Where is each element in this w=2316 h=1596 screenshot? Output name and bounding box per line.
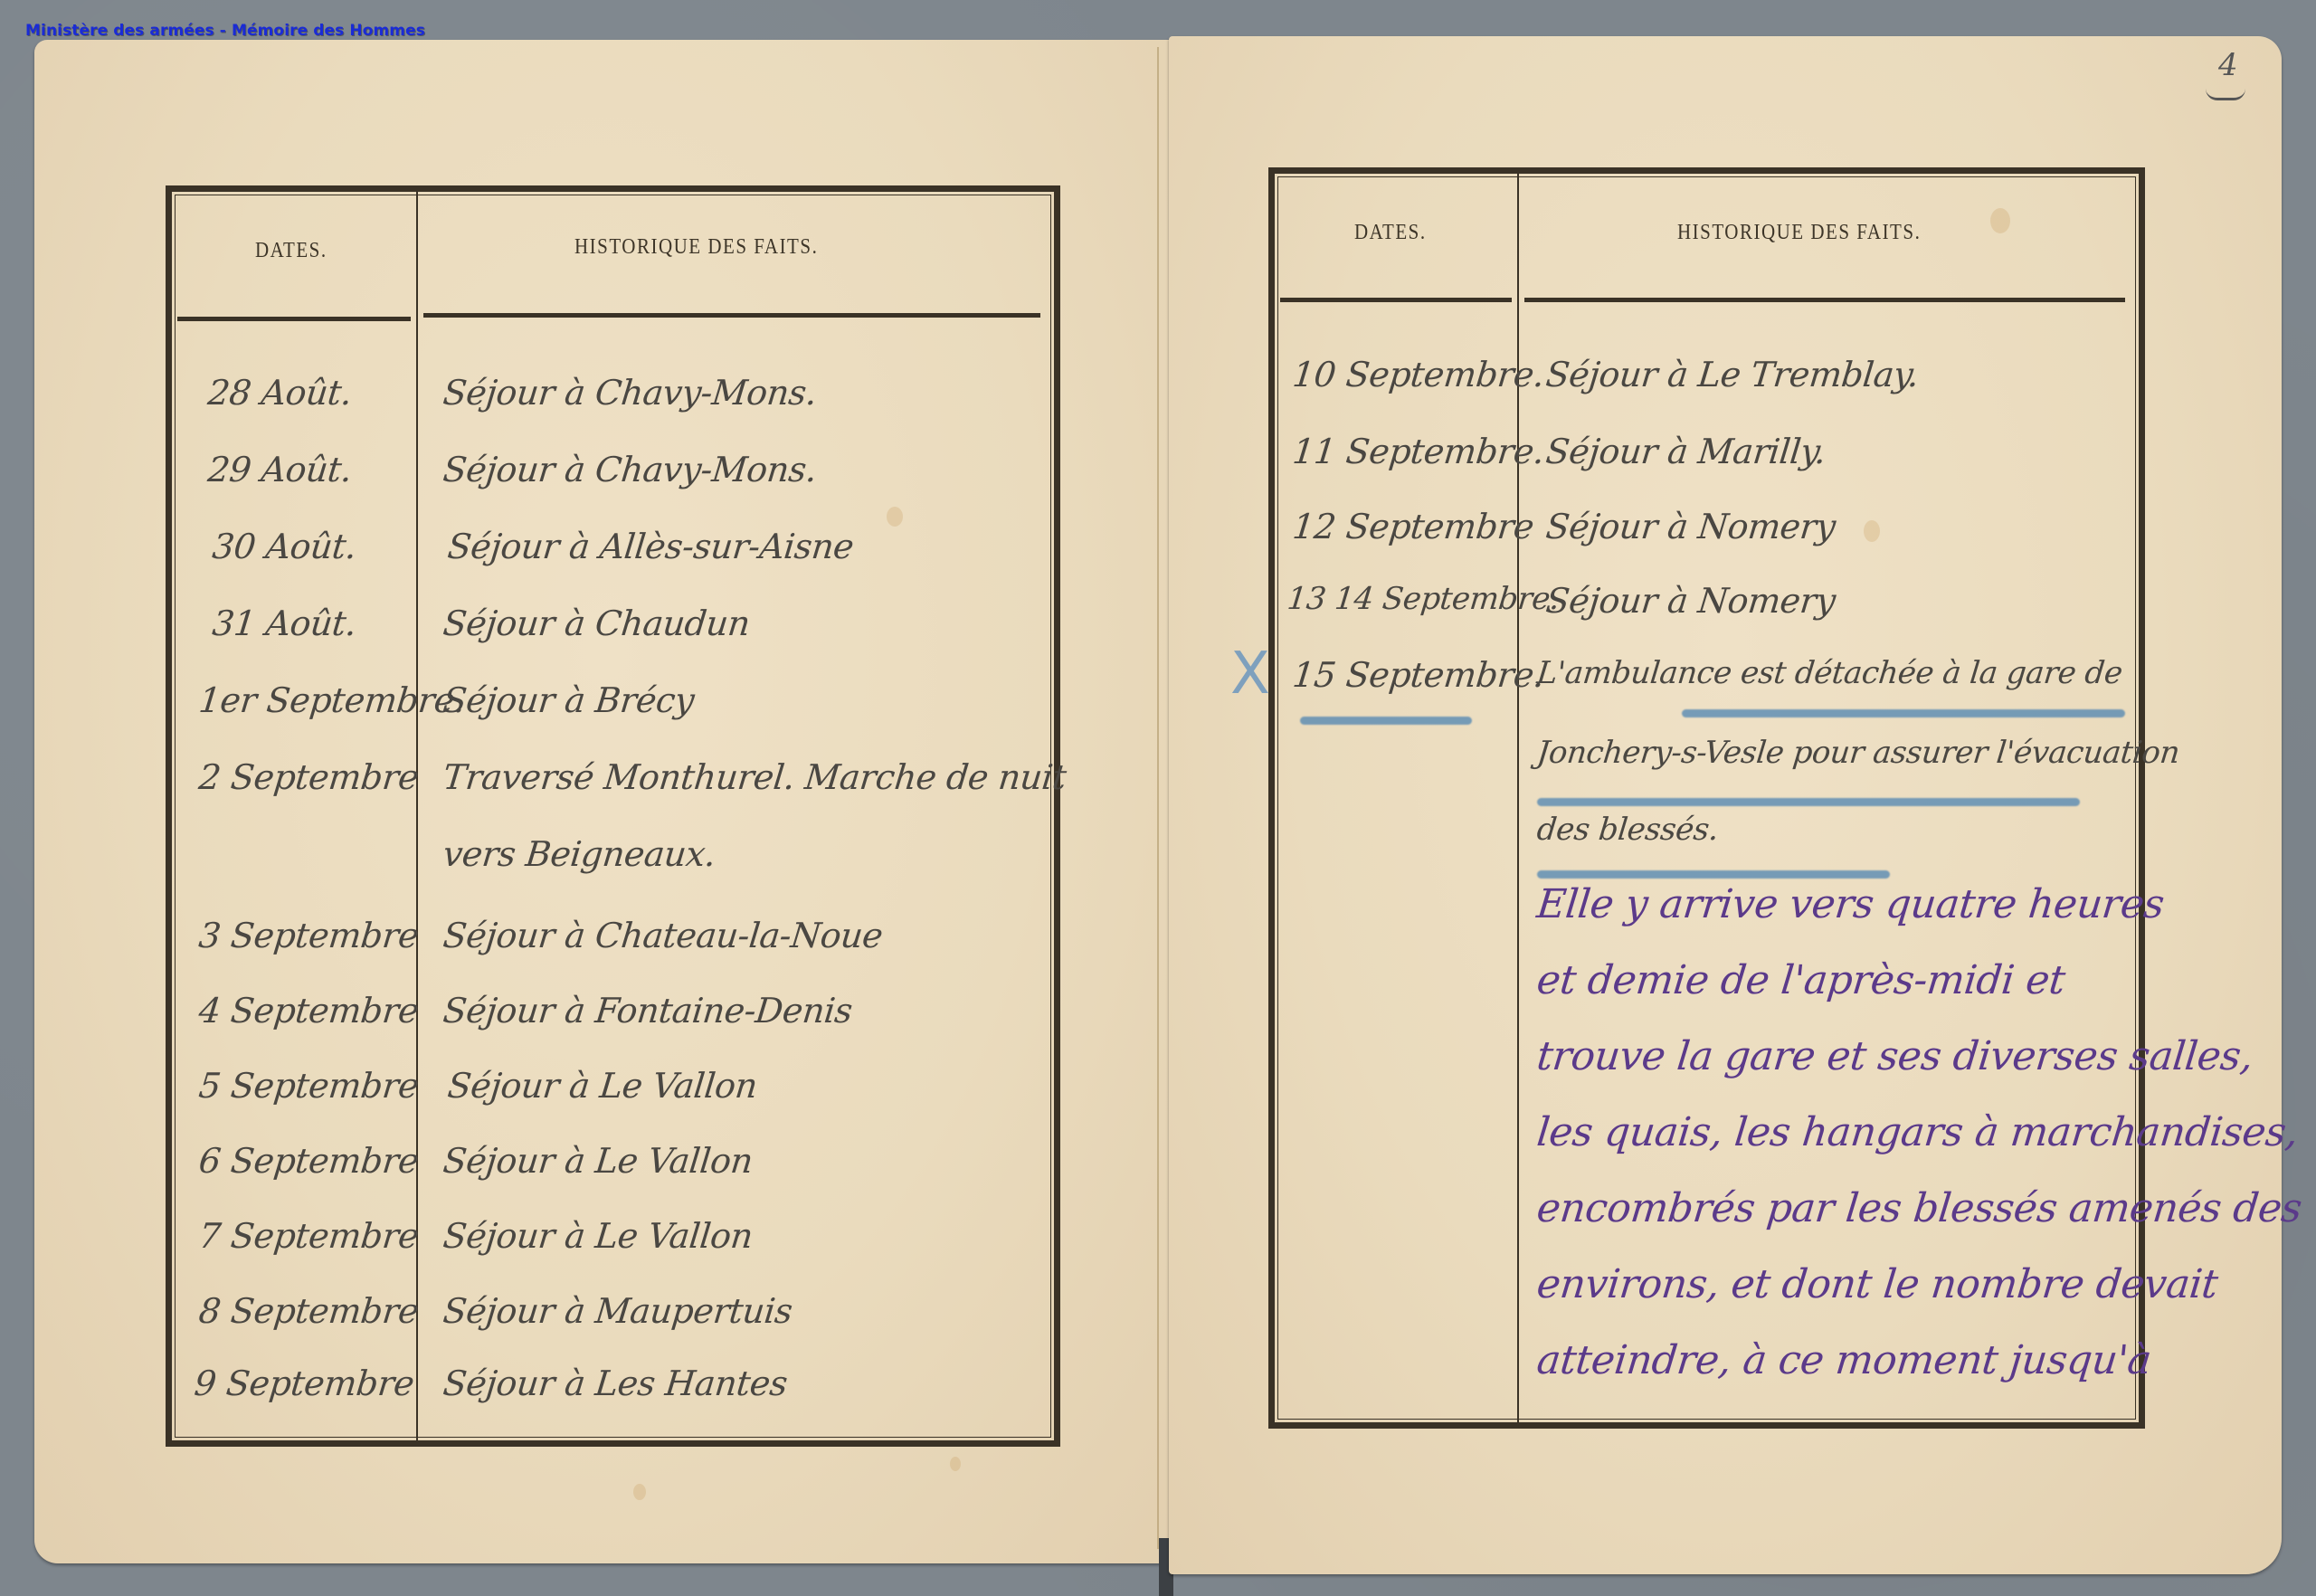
journal-row: 29 Août. Séjour à Chavy-Mons. <box>172 450 1054 526</box>
blue-pencil-underline <box>1537 798 2080 806</box>
entry-fact: Traversé Monthurel. Marche de nuit <box>441 757 1068 797</box>
journal-row: 7 Septembre Séjour à Le Vallon <box>172 1216 1054 1292</box>
book-spine <box>1157 47 1159 1549</box>
entry-date: 3 Septembre <box>197 916 421 955</box>
entry-date: 12 Septembre <box>1291 507 1536 546</box>
journal-row: 31 Août. Séjour à Chaudun <box>172 603 1054 679</box>
entry-date: 13 14 Septembre. <box>1286 581 1561 617</box>
journal-ink-line: Elle y arrive vers quatre heures <box>1275 881 2139 957</box>
header-rule <box>423 313 1040 318</box>
entry-date: 29 Août. <box>206 450 354 489</box>
entry-date: 11 Septembre. <box>1291 432 1546 471</box>
header-rule <box>1280 298 1512 302</box>
journal-row: 5 Septembre Séjour à Le Vallon <box>172 1066 1054 1142</box>
entry-date: 4 Septembre <box>197 991 421 1031</box>
entry-date: 7 Septembre <box>197 1216 421 1256</box>
entry-fact: Séjour à Maupertuis <box>441 1291 794 1331</box>
entry-fact: Séjour à Allès-sur-Aisne <box>446 527 856 566</box>
entry-fact: Séjour à Le Vallon <box>441 1141 755 1181</box>
entry-date: 28 Août. <box>206 373 354 413</box>
entry-fact-ink: encombrés par les blessés amenés des <box>1534 1185 2303 1231</box>
entry-fact: Séjour à Le Tremblay. <box>1544 355 1921 394</box>
entry-fact: Séjour à Nomery <box>1544 581 1837 621</box>
entry-date: 31 Août. <box>211 603 358 643</box>
entry-fact-ink: les quais, les hangars à marchandises, <box>1534 1109 2300 1155</box>
entry-fact-continuation: vers Beigneaux. <box>441 834 717 874</box>
entry-fact: L'ambulance est détachée à la gare de <box>1535 655 2124 691</box>
margin-x-mark: X <box>1230 641 1270 708</box>
entry-fact-continuation: Jonchery-s-Vesle pour assurer l'évacuati… <box>1535 735 2181 771</box>
journal-ink-line: environs, et dont le nombre devait <box>1275 1261 2139 1337</box>
blue-pencil-underline <box>1537 870 1890 879</box>
right-journal-table: DATES. HISTORIQUE DES FAITS. 10 Septembr… <box>1268 167 2145 1429</box>
header-rule <box>177 317 411 321</box>
entry-fact: Séjour à Marilly. <box>1544 432 1827 471</box>
dates-column-header: DATES. <box>255 237 327 263</box>
journal-row: 2 Septembre Traversé Monthurel. Marche d… <box>172 757 1054 833</box>
journal-row: 11 Septembre. Séjour à Marilly. <box>1275 432 2139 508</box>
entry-fact: Séjour à Chateau-la-Noue <box>441 916 885 955</box>
paper-stain <box>633 1484 646 1500</box>
journal-ink-line: et demie de l'après-midi et <box>1275 957 2139 1033</box>
entry-fact: Séjour à Chavy-Mons. <box>441 450 819 489</box>
blue-pencil-underline <box>1300 717 1472 725</box>
entry-date: 5 Septembre <box>197 1066 421 1106</box>
page-number-underline <box>2206 89 2245 100</box>
entry-date: 10 Septembre. <box>1291 355 1546 394</box>
journal-ink-line: encombrés par les blessés amenés des <box>1275 1185 2139 1261</box>
entry-fact: Séjour à Chavy-Mons. <box>441 373 819 413</box>
entry-fact: Séjour à Nomery <box>1544 507 1837 546</box>
header-rule <box>1524 298 2125 302</box>
left-journal-table: DATES. HISTORIQUE DES FAITS. 28 Août. Sé… <box>166 185 1060 1447</box>
journal-row: 1er Septembre. Séjour à Brécy <box>172 680 1054 756</box>
dates-column-header: DATES. <box>1354 219 1427 245</box>
journal-row: 13 14 Septembre. Séjour à Nomery <box>1275 581 2139 657</box>
entry-date: 15 Septembre. <box>1291 655 1546 695</box>
archive-watermark: Ministère des armées - Mémoire des Homme… <box>25 22 425 40</box>
journal-row: 28 Août. Séjour à Chavy-Mons. <box>172 373 1054 449</box>
entry-fact: Séjour à Brécy <box>441 680 697 720</box>
entry-fact-continuation: des blessés. <box>1535 812 1720 848</box>
entry-date: 8 Septembre <box>197 1291 421 1331</box>
journal-ink-line: les quais, les hangars à marchandises, <box>1275 1109 2139 1185</box>
facts-column-header: HISTORIQUE DES FAITS. <box>574 233 818 260</box>
journal-row: 10 Septembre. Séjour à Le Tremblay. <box>1275 355 2139 431</box>
journal-row: 9 Septembre Séjour à Les Hantes <box>172 1363 1054 1439</box>
journal-ink-line: atteindre, à ce moment jusqu'à <box>1275 1337 2139 1413</box>
entry-fact: Séjour à Le Vallon <box>446 1066 759 1106</box>
entry-date: 30 Août. <box>211 527 358 566</box>
journal-row: 12 Septembre Séjour à Nomery <box>1275 507 2139 583</box>
entry-fact-ink: trouve la gare et ses diverses salles, <box>1534 1033 2254 1079</box>
entry-fact-ink: Elle y arrive vers quatre heures <box>1534 881 2166 927</box>
facts-column-header: HISTORIQUE DES FAITS. <box>1677 219 1921 245</box>
entry-date: 9 Septembre <box>193 1363 416 1403</box>
journal-row: 30 Août. Séjour à Allès-sur-Aisne <box>172 527 1054 603</box>
entry-date: 1er Septembre. <box>197 680 467 720</box>
journal-row: 6 Septembre Séjour à Le Vallon <box>172 1141 1054 1217</box>
journal-row: 3 Septembre Séjour à Chateau-la-Noue <box>172 916 1054 992</box>
journal-row: 8 Septembre Séjour à Maupertuis <box>172 1291 1054 1367</box>
entry-fact: Séjour à Chaudun <box>441 603 752 643</box>
entry-fact-ink: environs, et dont le nombre devait <box>1534 1261 2219 1307</box>
paper-stain <box>950 1457 961 1471</box>
journal-row-continuation: vers Beigneaux. <box>172 834 1054 910</box>
entry-fact-ink: et demie de l'après-midi et <box>1534 957 2067 1003</box>
entry-fact: Séjour à Le Vallon <box>441 1216 755 1256</box>
journal-ink-line: trouve la gare et ses diverses salles, <box>1275 1033 2139 1109</box>
entry-fact: Séjour à Les Hantes <box>441 1363 790 1403</box>
blue-pencil-underline <box>1682 709 2125 717</box>
entry-fact-ink: atteindre, à ce moment jusqu'à <box>1534 1337 2153 1383</box>
page-number: 4 <box>2218 47 2238 83</box>
entry-date: 6 Septembre <box>197 1141 421 1181</box>
entry-date: 2 Septembre <box>197 757 421 797</box>
entry-fact: Séjour à Fontaine-Denis <box>441 991 854 1031</box>
journal-row: 4 Septembre Séjour à Fontaine-Denis <box>172 991 1054 1067</box>
